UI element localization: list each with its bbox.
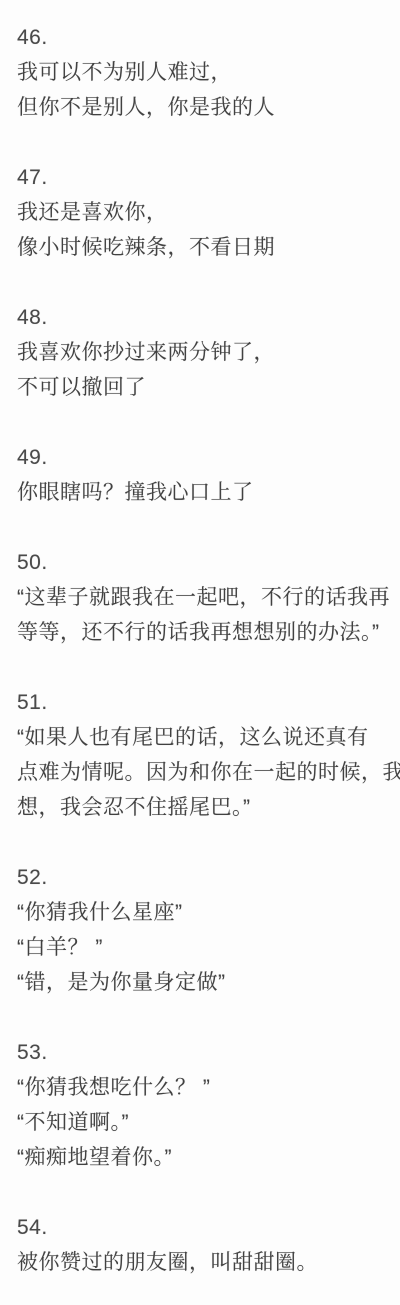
quote-line: 点难为情呢。因为和你在一起的时候，我 xyxy=(17,755,386,790)
quote-line: “不知道啊。” xyxy=(17,1105,386,1140)
quote-line: 想，我会忍不住摇尾巴。” xyxy=(17,790,386,825)
quote-line: 你眼瞎吗？撞我心口上了 xyxy=(17,475,386,510)
quote-line: 被你赞过的朋友圈，叫甜甜圈。 xyxy=(17,1245,386,1280)
quote-line: 我喜欢你抄过来两分钟了， xyxy=(17,335,386,370)
quote-section: 52. “你猜我什么星座” “白羊？ ” “错，是为你量身定做” xyxy=(17,860,386,1000)
quote-number: 49. xyxy=(17,440,386,475)
quotes-page: 46. 我可以不为别人难过， 但你不是别人，你是我的人 47. 我还是喜欢你， … xyxy=(0,0,400,1305)
quote-number: 50. xyxy=(17,545,386,580)
quote-line: “痴痴地望着你。” xyxy=(17,1140,386,1175)
quote-line: “你猜我什么星座” xyxy=(17,895,386,930)
quote-line: 像小时候吃辣条，不看日期 xyxy=(17,230,386,265)
quote-section: 51. “如果人也有尾巴的话，这么说还真有 点难为情呢。因为和你在一起的时候，我… xyxy=(17,685,386,825)
quote-section: 54. 被你赞过的朋友圈，叫甜甜圈。 xyxy=(17,1210,386,1280)
quote-line: “如果人也有尾巴的话，这么说还真有 xyxy=(17,720,386,755)
quote-number: 52. xyxy=(17,860,386,895)
quote-section: 46. 我可以不为别人难过， 但你不是别人，你是我的人 xyxy=(17,20,386,125)
quote-number: 47. xyxy=(17,160,386,195)
quote-number: 51. xyxy=(17,685,386,720)
quote-number: 53. xyxy=(17,1035,386,1070)
quote-number: 54. xyxy=(17,1210,386,1245)
quote-section: 49. 你眼瞎吗？撞我心口上了 xyxy=(17,440,386,510)
quote-line: 等等，还不行的话我再想想别的办法。” xyxy=(17,615,386,650)
quote-section: 53. “你猜我想吃什么？ ” “不知道啊。” “痴痴地望着你。” xyxy=(17,1035,386,1175)
quote-line: “你猜我想吃什么？ ” xyxy=(17,1070,386,1105)
quote-section: 50. “这辈子就跟我在一起吧，不行的话我再 等等，还不行的话我再想想别的办法。… xyxy=(17,545,386,650)
quote-section: 47. 我还是喜欢你， 像小时候吃辣条，不看日期 xyxy=(17,160,386,265)
quote-line: 我可以不为别人难过， xyxy=(17,55,386,90)
quote-number: 46. xyxy=(17,20,386,55)
quote-line: 但你不是别人，你是我的人 xyxy=(17,90,386,125)
quote-line: “错，是为你量身定做” xyxy=(17,965,386,1000)
quote-line: 不可以撤回了 xyxy=(17,370,386,405)
quote-line: “白羊？ ” xyxy=(17,930,386,965)
quote-section: 48. 我喜欢你抄过来两分钟了， 不可以撤回了 xyxy=(17,300,386,405)
quote-line: 我还是喜欢你， xyxy=(17,195,386,230)
quote-number: 48. xyxy=(17,300,386,335)
quote-line: “这辈子就跟我在一起吧，不行的话我再 xyxy=(17,580,386,615)
